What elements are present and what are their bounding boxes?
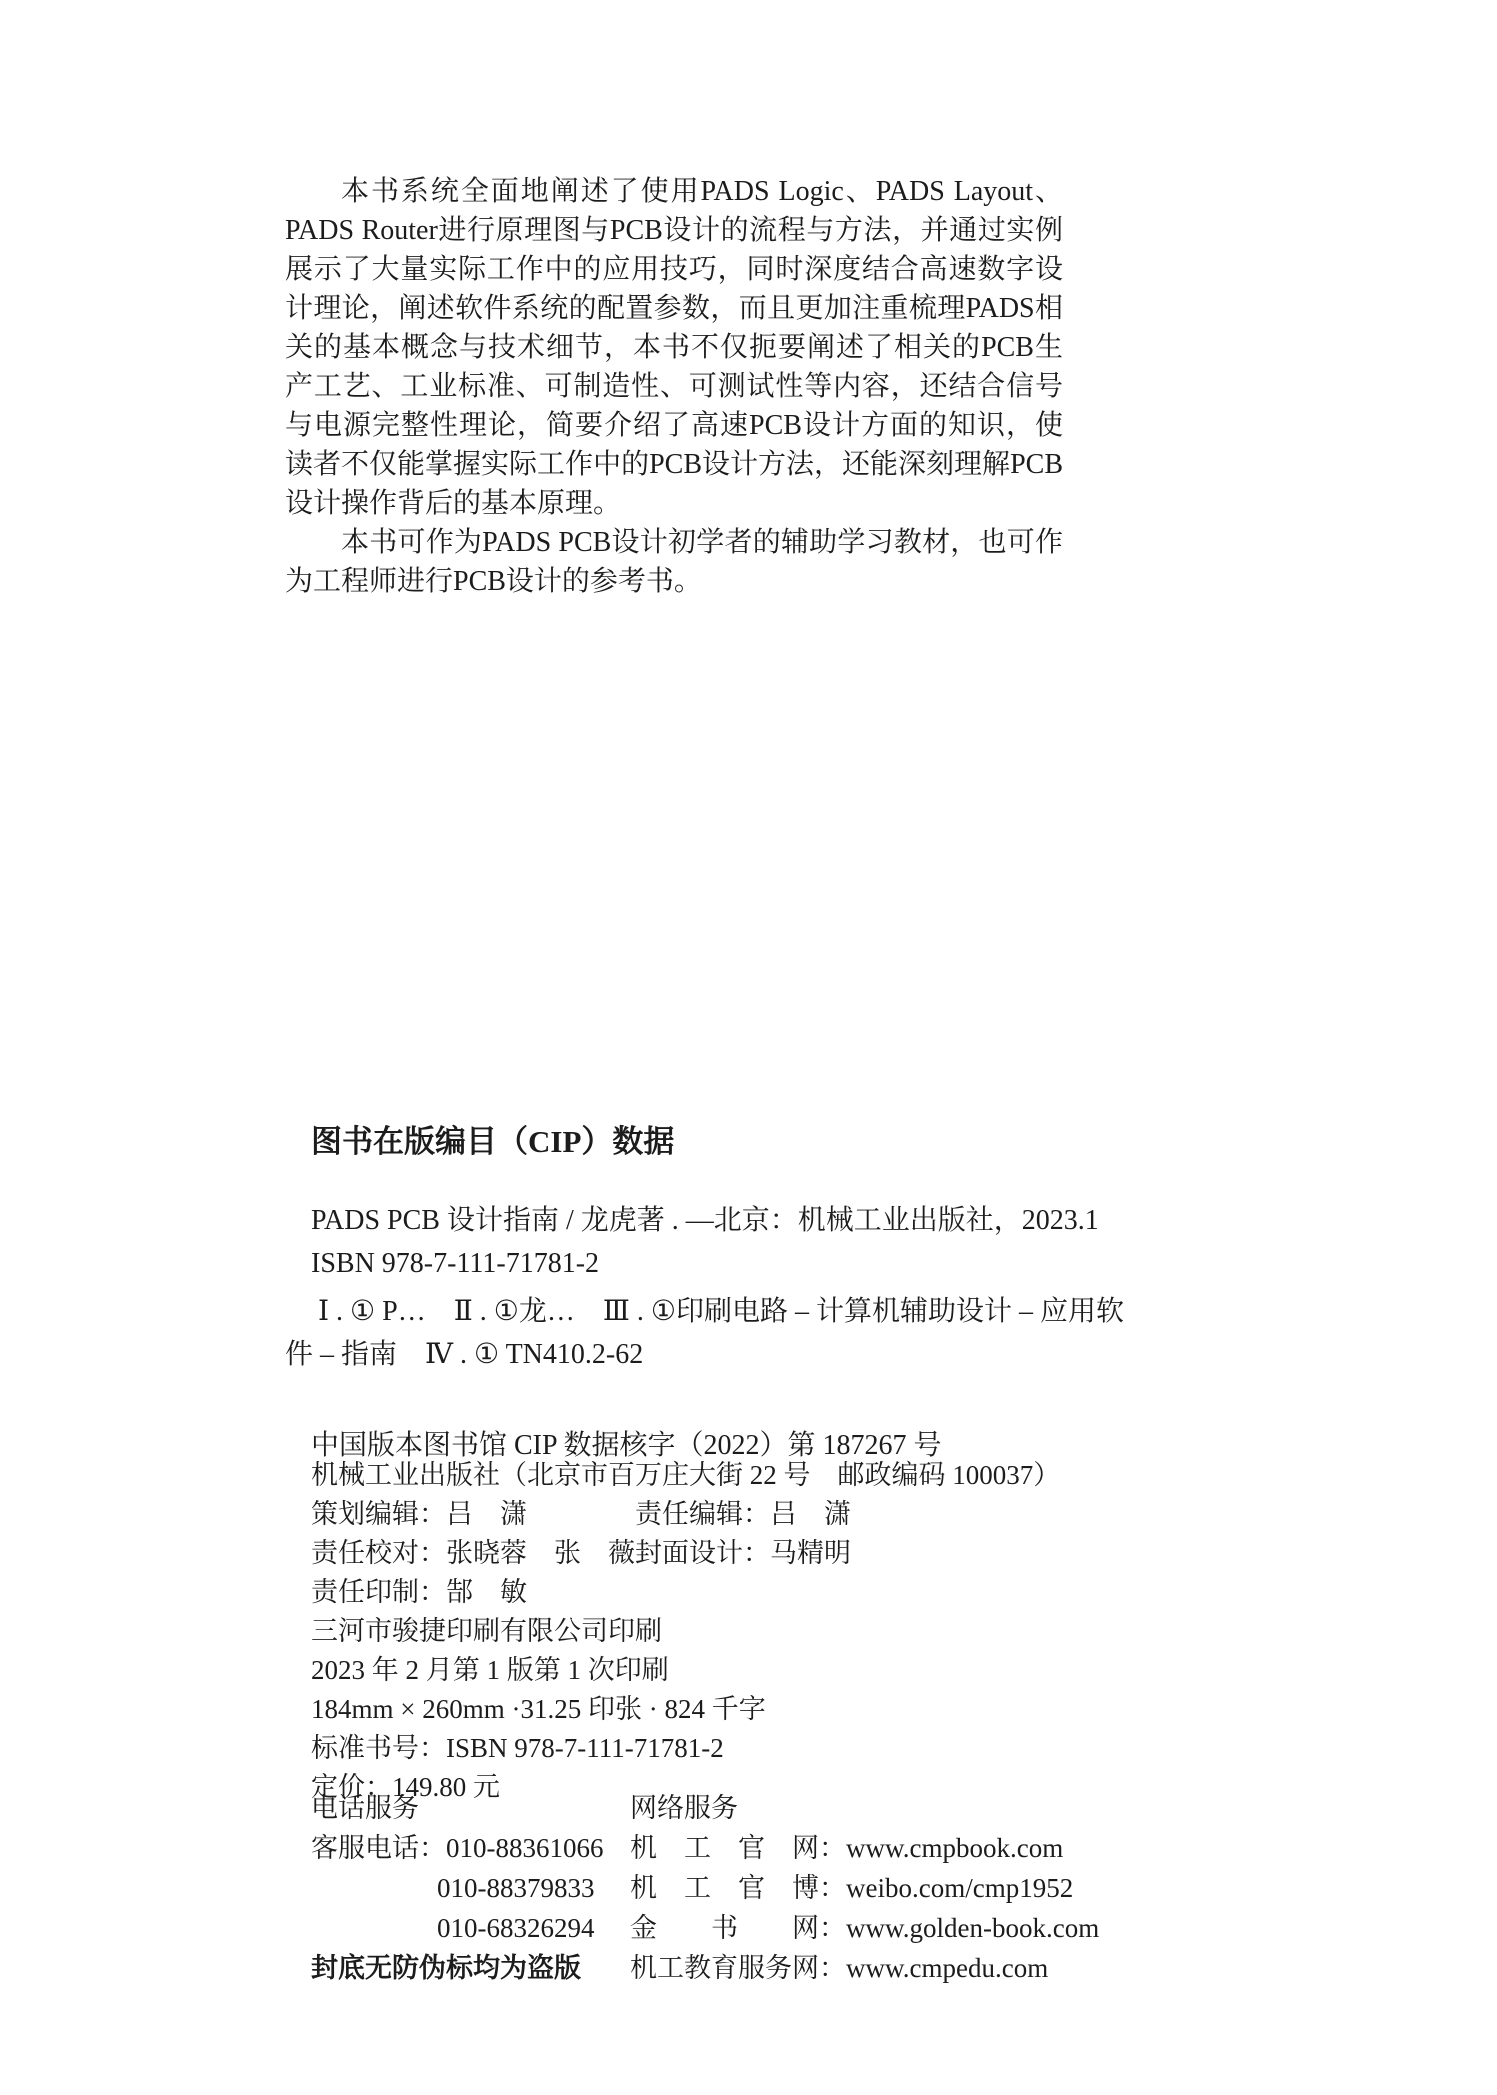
- edition-line: 2023 年 2 月第 1 版第 1 次印刷: [285, 1651, 1185, 1690]
- print-supervisor: 责任印制：郜 敏: [285, 1573, 1185, 1612]
- services-row-3: 010-68326294 金 书 网：www.golden-book.com: [285, 1908, 1285, 1948]
- services-section: 电话服务 网络服务 客服电话：010-88361066 机 工 官 网：www.…: [285, 1788, 1285, 1988]
- official-site-line: 机 工 官 网：www.cmpbook.com: [630, 1828, 1063, 1868]
- phone-service-heading: 电话服务: [285, 1788, 630, 1828]
- format-line: 184mm × 260mm ·31.25 印张 · 824 千字: [285, 1690, 1185, 1729]
- web-service-heading: 网络服务: [630, 1788, 738, 1828]
- weibo-line: 机 工 官 博：weibo.com/cmp1952: [630, 1868, 1073, 1908]
- responsible-editor: 责任编辑：吕 潇: [635, 1495, 851, 1534]
- cip-isbn-line: ISBN 978-7-111-71781-2: [311, 1245, 599, 1283]
- printer-line: 三河市骏捷印刷有限公司印刷: [285, 1612, 1185, 1651]
- proofreader-row: 责任校对：张晓蓉 张 薇 封面设计：马精明: [285, 1534, 1185, 1573]
- golden-book-line: 金 书 网：www.golden-book.com: [630, 1908, 1099, 1948]
- book-copyright-page: 本书系统全面地阐述了使用PADS Logic、PADS Layout、PADS …: [0, 0, 1497, 2095]
- anti-piracy-notice: 封底无防伪标均为盗版: [285, 1948, 630, 1988]
- cip-classification-line-2: 件 – 指南 Ⅳ . ① TN410.2-62: [285, 1336, 643, 1374]
- proofreader: 责任校对：张晓蓉 张 薇: [311, 1534, 635, 1573]
- services-row-2: 010-88379833 机 工 官 博：weibo.com/cmp1952: [285, 1868, 1285, 1908]
- planning-editor: 策划编辑：吕 潇: [311, 1495, 635, 1534]
- services-heading-row: 电话服务 网络服务: [285, 1788, 1285, 1828]
- standard-book-number: 标准书号：ISBN 978-7-111-71781-2: [285, 1729, 1185, 1768]
- cip-title-line: PADS PCB 设计指南 / 龙虎著 . —北京：机械工业出版社，2023.1: [311, 1202, 1099, 1240]
- cover-designer: 封面设计：马精明: [635, 1534, 851, 1573]
- phone-number-3: 010-68326294: [285, 1908, 630, 1948]
- publication-info: 机械工业出版社（北京市百万庄大街 22 号 邮政编码 100037） 策划编辑：…: [285, 1456, 1185, 1807]
- services-row-1: 客服电话：010-88361066 机 工 官 网：www.cmpbook.co…: [285, 1828, 1285, 1868]
- phone-number-2: 010-88379833: [285, 1868, 630, 1908]
- cip-classification-line-1: Ⅰ . ① P… Ⅱ . ①龙… Ⅲ . ①印刷电路 – 计算机辅助设计 – 应…: [318, 1293, 1124, 1331]
- book-summary: 本书系统全面地阐述了使用PADS Logic、PADS Layout、PADS …: [285, 172, 1063, 601]
- publisher-line: 机械工业出版社（北京市百万庄大街 22 号 邮政编码 100037）: [285, 1456, 1185, 1495]
- cip-heading: 图书在版编目（CIP）数据: [311, 1122, 674, 1162]
- editors-row: 策划编辑：吕 潇 责任编辑：吕 潇: [285, 1495, 1185, 1534]
- services-row-4: 封底无防伪标均为盗版 机工教育服务网：www.cmpedu.com: [285, 1948, 1285, 1988]
- summary-paragraph-1: 本书系统全面地阐述了使用PADS Logic、PADS Layout、PADS …: [285, 172, 1063, 523]
- customer-service-phone: 客服电话：010-88361066: [285, 1828, 630, 1868]
- summary-paragraph-2: 本书可作为PADS PCB设计初学者的辅助学习教材，也可作为工程师进行PCB设计…: [285, 523, 1063, 601]
- edu-service-line: 机工教育服务网：www.cmpedu.com: [630, 1948, 1048, 1988]
